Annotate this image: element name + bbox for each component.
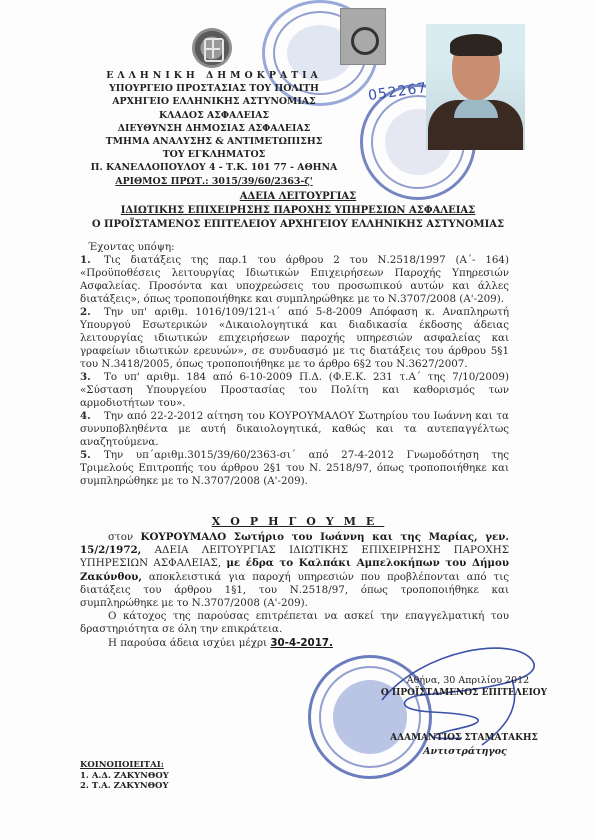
item-number: 3.: [80, 371, 104, 384]
signatory-rank: Αντιστράτηγος: [380, 746, 550, 757]
item-text: Τις διατάξεις της παρ.1 του άρθρου 2 του…: [80, 254, 509, 305]
holder-photo: [426, 24, 525, 150]
greek-coat-of-arms-icon: [192, 28, 232, 68]
validity-label: Η παρούσα άδεια ισχύει μέχρι: [108, 637, 267, 649]
consideration-item: 5.Την υπ΄αριθμ.3015/39/60/2363-σι΄ από 2…: [80, 449, 509, 488]
territory-clause: Ο κάτοχος της παρούσας επιτρέπεται να ασ…: [80, 610, 509, 635]
ministry-line: ΥΠΟΥΡΓΕΙΟ ΠΡΟΣΤΑΣΙΑΣ ΤΟΥ ΠΟΛΙΤΗ: [64, 82, 364, 95]
notification-block: ΚΟΙΝΟΠΟΙΕΙΤΑΙ: 1. Α.Δ. ΖΑΚΥΝΘΟΥ 2. Τ.Α. …: [80, 760, 169, 792]
item-number: 5.: [80, 449, 104, 462]
notification-recipient: 1. Α.Δ. ΖΑΚΥΝΘΟΥ: [80, 771, 169, 782]
item-text: Την από 22-2-2012 αίτηση του ΚΟΥΡΟΥΜΑΛΟΥ…: [80, 410, 509, 448]
department-line-2: ΤΟΥ ΕΓΚΛΗΜΑΤΟΣ: [64, 148, 364, 161]
item-number: 2.: [80, 306, 104, 319]
consideration-item: 2.Την υπ' αριθμ. 1016/109/121-ι΄ από 5-8…: [80, 306, 509, 371]
title-line-2: ΙΔΙΩΤΙΚΗΣ ΕΠΙΧΕΙΡΗΣΗΣ ΠΑΡΟΧΗΣ ΥΠΗΡΕΣΙΩΝ …: [121, 205, 476, 216]
license-document: 052267 ΕΛΛΗΝΙΚΗ ΔΗΜΟΚΡΑΤΙΑ ΥΠΟΥΡΓΕΙΟ ΠΡΟ…: [0, 0, 596, 839]
decision-to: στον: [108, 531, 133, 543]
branch-line: ΚΛΑΔΟΣ ΑΣΦΑΛΕΙΑΣ: [64, 109, 364, 122]
place-and-date: Αθήνα, 30 Απριλίου 2012: [398, 675, 538, 686]
license-subtitle: ΙΔΙΩΤΙΚΗΣ ΕΠΙΧΕΙΡΗΣΗΣ ΠΑΡΟΧΗΣ ΥΠΗΡΕΣΙΩΝ …: [0, 204, 596, 218]
signatory-role: Ο ΠΡΟΪΣΤΑΜΕΝΟΣ ΕΠΙΤΕΛΕΙΟΥ: [374, 688, 554, 698]
revenue-stamp: [340, 8, 386, 65]
item-text: Την υπ' αριθμ. 1016/109/121-ι΄ από 5-8-2…: [80, 306, 509, 370]
license-scope: αποκλειστικά για παροχή υπηρεσιών που πρ…: [80, 571, 509, 609]
validity-date: 30-4-2017.: [270, 637, 333, 649]
department-line-1: ΤΜΗΜΑ ΑΝΑΛΥΣΗΣ & ΑΝΤΙΜΕΤΩΠΙΣΗΣ: [64, 135, 364, 148]
directorate-line: ΔΙΕΥΘΥΝΣΗ ΔΗΜΟΣΙΑΣ ΑΣΦΑΛΕΙΑΣ: [64, 122, 364, 135]
grant-heading: ΧΟΡΗΓΟΥΜΕ: [0, 515, 596, 528]
signatory-name: ΑΔΑΜΑΝΤΙΟΣ ΣΤΑΜΑΤΑΚΗΣ: [374, 733, 554, 743]
issuer-title: Ο ΠΡΟΪΣΤΑΜΕΝΟΣ ΕΠΙΤΕΛΕΙΟΥ ΑΡΧΗΓΕΙΟΥ ΕΛΛΗ…: [0, 218, 596, 232]
consideration-item: 1.Τις διατάξεις της παρ.1 του άρθρου 2 τ…: [80, 254, 509, 306]
headquarters-line: ΑΡΧΗΓΕΙΟ ΕΛΛΗΝΙΚΗΣ ΑΣΤΥΝΟΜΙΑΣ: [64, 95, 364, 108]
consideration-item: 4.Την από 22-2-2012 αίτηση του ΚΟΥΡΟΥΜΑΛ…: [80, 410, 509, 449]
notification-label: ΚΟΙΝΟΠΟΙΕΙΤΑΙ:: [80, 760, 169, 771]
address-line: Π. ΚΑΝΕΛΛΟΠΟΥΛΟΥ 4 - Τ.Κ. 101 77 - ΑΘΗΝΑ: [64, 161, 364, 174]
issuing-authority-header: ΕΛΛΗΝΙΚΗ ΔΗΜΟΚΡΑΤΙΑ ΥΠΟΥΡΓΕΙΟ ΠΡΟΣΤΑΣΙΑΣ…: [64, 69, 364, 188]
license-title: ΑΔΕΙΑ ΛΕΙΤΟΥΡΓΙΑΣ: [0, 190, 596, 204]
title-line-3: Ο ΠΡΟΪΣΤΑΜΕΝΟΣ ΕΠΙΤΕΛΕΙΟΥ ΑΡΧΗΓΕΙΟΥ ΕΛΛΗ…: [92, 219, 504, 230]
notification-recipient: 2. Τ.Α. ΖΑΚΥΝΘΟΥ: [80, 781, 169, 792]
decision-text: στον ΚΟΥΡΟΥΜΑΛΟ Σωτήριο του Ιωάννη και τ…: [80, 531, 509, 650]
considering-heading: Έχοντας υπόψη:: [88, 241, 175, 253]
protocol-number: ΑΡΙΘΜΟΣ ΠΡΩΤ.: 3015/39/60/2363-ζ': [64, 175, 364, 188]
republic-heading: ΕΛΛΗΝΙΚΗ ΔΗΜΟΚΡΑΤΙΑ: [64, 69, 364, 82]
consideration-item: 3.Το υπ' αριθμ. 184 από 6-10-2009 Π.Δ. (…: [80, 371, 509, 410]
title-line-1: ΑΔΕΙΑ ΛΕΙΤΟΥΡΓΙΑΣ: [240, 191, 357, 202]
considerations-list: 1.Τις διατάξεις της παρ.1 του άρθρου 2 τ…: [80, 254, 509, 488]
item-number: 1.: [80, 254, 104, 267]
item-text: Την υπ΄αριθμ.3015/39/60/2363-σι΄ από 27-…: [80, 449, 509, 487]
item-text: Το υπ' αριθμ. 184 από 6-10-2009 Π.Δ. (Φ.…: [80, 371, 509, 409]
item-number: 4.: [80, 410, 104, 423]
